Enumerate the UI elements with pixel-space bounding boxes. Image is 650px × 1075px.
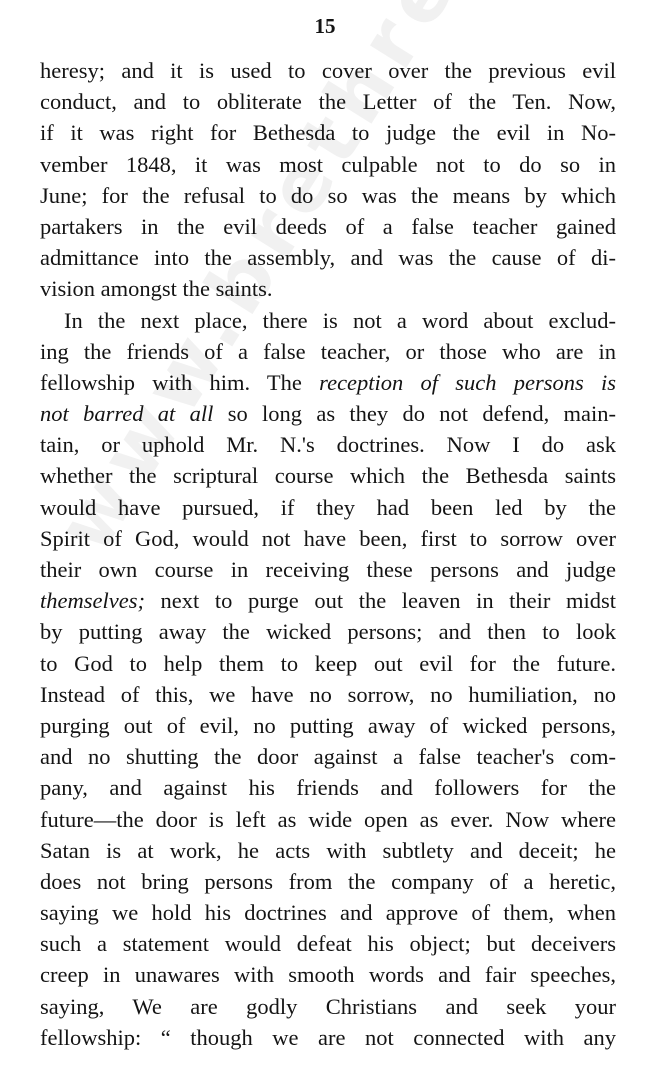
text-line: future—the door is left as wide open as … — [40, 804, 616, 835]
text-segment: next to purge out the leaven in their mi… — [145, 588, 616, 613]
italic-text: reception of such persons is — [319, 370, 616, 395]
text-segment: does not bring persons from the company … — [40, 869, 616, 894]
text-line: saying, We are godly Christians and seek… — [40, 991, 616, 1022]
text-segment: future—the door is left as wide open as … — [40, 807, 616, 832]
text-segment: saying we hold his doctrines and approve… — [40, 900, 616, 925]
text-segment: vision amongst the saints. — [40, 276, 273, 301]
text-line: Satan is at work, he acts with subtlety … — [40, 835, 616, 866]
text-line: and no shutting the door against a false… — [40, 741, 616, 772]
text-line: creep in unawares with smooth words and … — [40, 959, 616, 990]
text-line: vember 1848, it was most culpable not to… — [40, 149, 616, 180]
text-segment: fellowship: “ though we are not connecte… — [40, 1025, 616, 1050]
text-segment: ing the friends of a false teacher, or t… — [40, 339, 616, 364]
text-line: their own course in receiving these pers… — [40, 554, 616, 585]
italic-text: not barred at all — [40, 401, 213, 426]
text-segment: Spirit of God, would not have been, firs… — [40, 526, 616, 551]
text-segment: if it was right for Bethesda to judge th… — [40, 120, 616, 145]
text-line: if it was right for Bethesda to judge th… — [40, 117, 616, 148]
text-segment: tain, or uphold Mr. N.'s doctrines. Now … — [40, 432, 616, 457]
paragraph-continuation: heresy; and it is used to cover over the… — [40, 55, 616, 305]
text-line: In the next place, there is not a word a… — [40, 305, 616, 336]
text-segment: conduct, and to obliterate the Letter of… — [40, 89, 616, 114]
text-line: June; for the refusal to do so was the m… — [40, 180, 616, 211]
text-line: purging out of evil, no putting away of … — [40, 710, 616, 741]
text-segment: pany, and against his friends and follow… — [40, 775, 616, 800]
text-segment: saying, We are godly Christians and seek… — [40, 994, 616, 1019]
text-segment: fellowship with him. The — [40, 370, 319, 395]
page-number: 15 — [0, 14, 650, 39]
text-segment: to God to help them to keep out evil for… — [40, 651, 616, 676]
text-line: such a statement would defeat his object… — [40, 928, 616, 959]
text-segment: Instead of this, we have no sorrow, no h… — [40, 682, 616, 707]
text-segment: so long as they do not defend, main- — [213, 401, 616, 426]
text-segment: whether the scriptural course which the … — [40, 463, 616, 488]
text-segment: heresy; and it is used to cover over the… — [40, 58, 616, 83]
text-line: to God to help them to keep out evil for… — [40, 648, 616, 679]
text-line: admittance into the assembly, and was th… — [40, 242, 616, 273]
text-line: vision amongst the saints. — [40, 273, 616, 304]
text-line: heresy; and it is used to cover over the… — [40, 55, 616, 86]
text-segment: Satan is at work, he acts with subtlety … — [40, 838, 616, 863]
text-line: Spirit of God, would not have been, firs… — [40, 523, 616, 554]
text-segment: purging out of evil, no putting away of … — [40, 713, 616, 738]
text-line: saying we hold his doctrines and approve… — [40, 897, 616, 928]
italic-text: themselves; — [40, 588, 145, 613]
text-line: does not bring persons from the company … — [40, 866, 616, 897]
text-line: themselves; next to purge out the leaven… — [40, 585, 616, 616]
text-segment: their own course in receiving these pers… — [40, 557, 616, 582]
text-line: tain, or uphold Mr. N.'s doctrines. Now … — [40, 429, 616, 460]
body-text: heresy; and it is used to cover over the… — [40, 55, 616, 1053]
text-segment: such a statement would defeat his object… — [40, 931, 616, 956]
text-line: conduct, and to obliterate the Letter of… — [40, 86, 616, 117]
text-line: Instead of this, we have no sorrow, no h… — [40, 679, 616, 710]
text-segment: by putting away the wicked persons; and … — [40, 619, 616, 644]
text-line: by putting away the wicked persons; and … — [40, 616, 616, 647]
text-segment: In the next place, there is not a word a… — [64, 308, 616, 333]
text-line: pany, and against his friends and follow… — [40, 772, 616, 803]
text-line: not barred at all so long as they do not… — [40, 398, 616, 429]
text-segment: vember 1848, it was most culpable not to… — [40, 152, 616, 177]
text-line: fellowship with him. The reception of su… — [40, 367, 616, 398]
text-line: partakers in the evil deeds of a false t… — [40, 211, 616, 242]
text-line: would have pursued, if they had been led… — [40, 492, 616, 523]
text-segment: would have pursued, if they had been led… — [40, 495, 616, 520]
text-segment: June; for the refusal to do so was the m… — [40, 183, 616, 208]
text-segment: admittance into the assembly, and was th… — [40, 245, 616, 270]
text-segment: partakers in the evil deeds of a false t… — [40, 214, 616, 239]
text-segment: and no shutting the door against a false… — [40, 744, 616, 769]
text-line: ing the friends of a false teacher, or t… — [40, 336, 616, 367]
paragraph-next-place: In the next place, there is not a word a… — [40, 305, 616, 1054]
text-segment: creep in unawares with smooth words and … — [40, 962, 616, 987]
text-line: fellowship: “ though we are not connecte… — [40, 1022, 616, 1053]
text-line: whether the scriptural course which the … — [40, 460, 616, 491]
